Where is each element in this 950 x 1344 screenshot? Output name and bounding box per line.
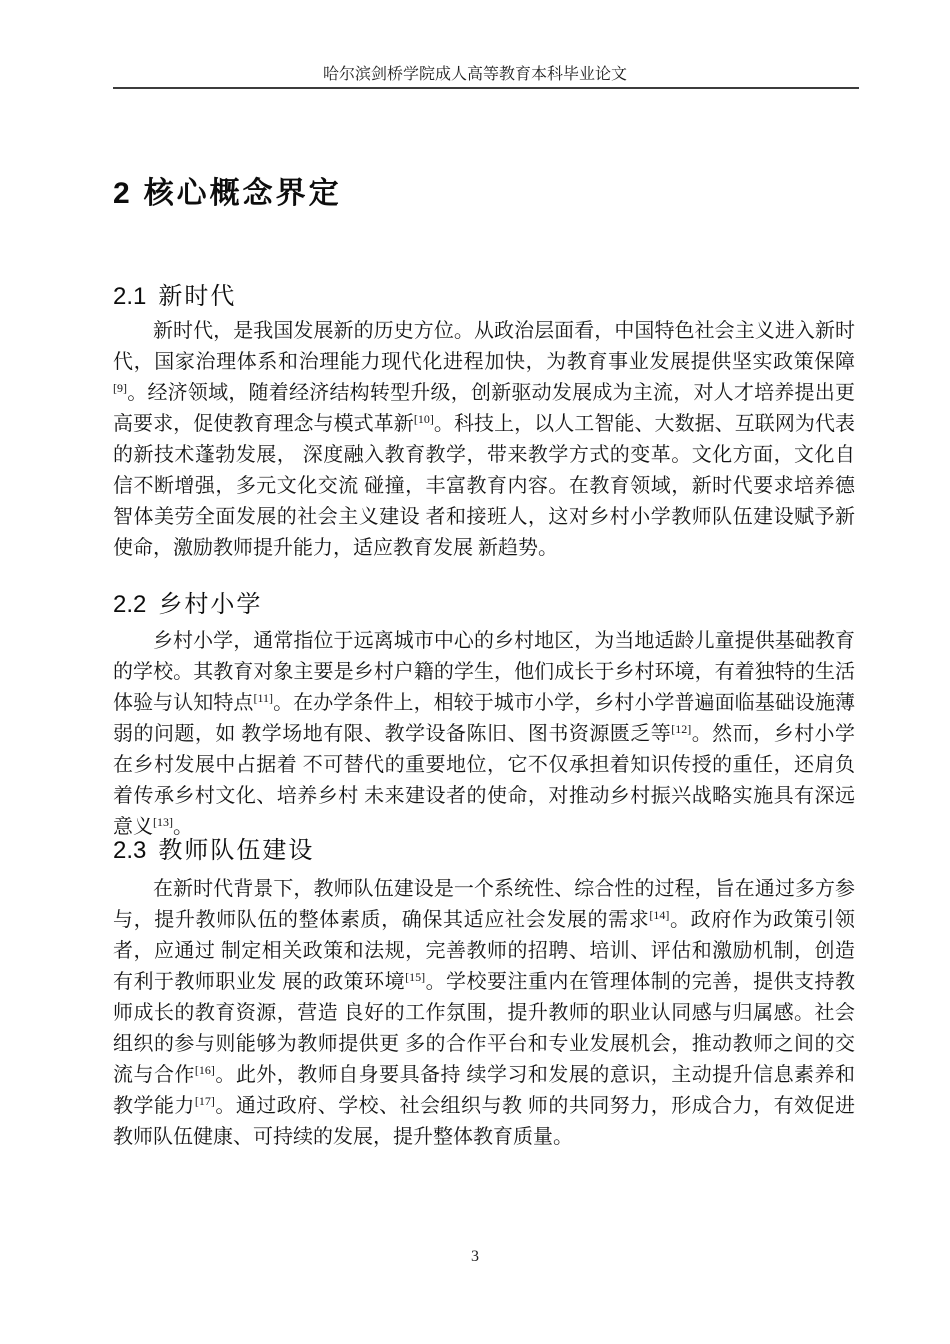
section-2-1-paragraph: 新时代，是我国发展新的历史方位。从政治层面看，中国特色社会主义进入新时代，国家治… bbox=[113, 316, 855, 564]
document-page: 哈尔滨剑桥学院成人高等教育本科毕业论文 2核心概念界定 2.1新时代 新时代，是… bbox=[0, 0, 950, 1344]
citation-ref: [9] bbox=[113, 381, 127, 395]
section-2-2-paragraph: 乡村小学，通常指位于远离城市中心的乡村地区，为当地适龄儿童提供基础教育的学校。其… bbox=[113, 626, 855, 843]
citation-ref: [15] bbox=[405, 970, 425, 984]
header-divider-line bbox=[113, 87, 859, 89]
section-number: 2.1 bbox=[113, 283, 146, 310]
section-2-3-paragraph: 在新时代背景下，教师队伍建设是一个系统性、综合性的过程，旨在通过多方参与，提升教… bbox=[113, 874, 855, 1153]
chapter-heading: 2核心概念界定 bbox=[113, 168, 342, 212]
section-number: 2.2 bbox=[113, 591, 146, 618]
page-number: 3 bbox=[0, 1248, 950, 1266]
chapter-title: 核心概念界定 bbox=[144, 177, 342, 210]
running-header-title: 哈尔滨剑桥学院成人高等教育本科毕业论文 bbox=[0, 64, 950, 86]
section-title: 乡村小学 bbox=[158, 591, 262, 618]
citation-ref: [12] bbox=[671, 722, 691, 736]
citation-ref: [16] bbox=[195, 1063, 215, 1077]
section-heading-2-3: 2.3教师队伍建设 bbox=[113, 830, 314, 865]
citation-ref: [17] bbox=[195, 1094, 215, 1108]
citation-ref: [10] bbox=[414, 412, 434, 426]
section-title: 新时代 bbox=[158, 283, 236, 310]
citation-ref: [11] bbox=[253, 691, 273, 705]
citation-ref: [13] bbox=[153, 815, 173, 829]
section-title: 教师队伍建设 bbox=[158, 837, 314, 864]
section-heading-2-2: 2.2乡村小学 bbox=[113, 584, 262, 619]
chapter-number: 2 bbox=[113, 177, 130, 210]
citation-ref: [14] bbox=[649, 908, 669, 922]
section-number: 2.3 bbox=[113, 837, 146, 864]
section-heading-2-1: 2.1新时代 bbox=[113, 276, 236, 311]
